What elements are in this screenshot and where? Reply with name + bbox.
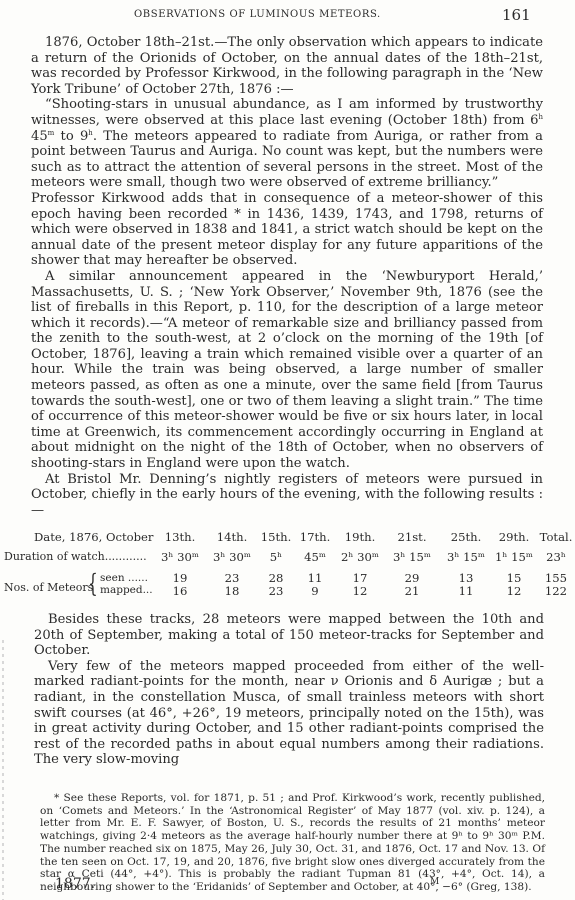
paragraph-kirkwood-adds: Professor Kirkwood adds that in conseque…	[31, 191, 543, 269]
table-header-cell: 17th.	[293, 530, 337, 544]
seen-mapped-labels: seen ......mapped...	[100, 572, 153, 596]
meteors-label: Nos. of Meteors	[4, 581, 93, 594]
paragraph-besides-tracks: Besides these tracks, 28 meteors were ma…	[34, 612, 544, 659]
duration-label: Duration of watch............	[4, 550, 147, 563]
page-edge-shadow	[2, 640, 4, 900]
table-cell: 1ʰ 15ᵐ	[492, 550, 536, 564]
table-cell: 23ʰ	[534, 550, 575, 564]
table-cell: 3ʰ 30ᵐ	[210, 550, 254, 564]
year-signature: 1877.	[55, 876, 95, 892]
table-cell: 5ʰ	[254, 550, 298, 564]
footnote-text: * See these Reports, vol. for 1871, p. 5…	[40, 792, 545, 894]
body-text: 1876, October 18th–21st.—The only observ…	[31, 35, 543, 518]
signature-mark: M	[430, 877, 439, 887]
table-cell: 1712	[340, 572, 380, 597]
running-head-title: OBSERVATIONS OF LUMINOUS METEORS.	[134, 9, 381, 20]
table-header-cell: 19th.	[338, 530, 382, 544]
paragraph-radiants: Very few of the meteors mapped proceeded…	[34, 659, 544, 768]
header-label: Date, 1876, October	[34, 530, 153, 544]
brace: {	[88, 570, 98, 598]
table-row-meteors: Nos. of Meteors { seen ......mapped... 1…	[4, 572, 570, 602]
table-cell: 3ʰ 15ᵐ	[444, 550, 488, 564]
table-cell: 45ᵐ	[293, 550, 337, 564]
body-text-continued: Besides these tracks, 28 meteors were ma…	[34, 612, 544, 768]
paragraph-orionids-intro: 1876, October 18th–21st.—The only observ…	[31, 35, 543, 97]
book-page: OBSERVATIONS OF LUMINOUS METEORS. 161 18…	[0, 0, 575, 900]
table-cell: 2ʰ 30ᵐ	[338, 550, 382, 564]
table-header-cell: 29th.	[492, 530, 536, 544]
table-cell: 2823	[256, 572, 296, 597]
table-cell: 119	[295, 572, 335, 597]
footnote: * See these Reports, vol. for 1871, p. 5…	[40, 792, 545, 894]
table-header-cell: 15th.	[254, 530, 298, 544]
table-cell: 2921	[392, 572, 432, 597]
table-cell: 1512	[494, 572, 534, 597]
paragraph-kirkwood-quote: “Shooting-stars in unusual abundance, as…	[31, 97, 543, 191]
table-header-cell: 13th.	[158, 530, 202, 544]
meteor-results-table: Date, 1876, October 13th. 14th. 15th. 17…	[4, 530, 570, 602]
table-cell: 3ʰ 15ᵐ	[390, 550, 434, 564]
table-header-cell: 25th.	[444, 530, 488, 544]
table-cell: 155122	[536, 572, 575, 597]
table-cell: 3ʰ 30ᵐ	[158, 550, 202, 564]
table-cell: 2318	[212, 572, 252, 597]
running-head: OBSERVATIONS OF LUMINOUS METEORS. 161	[0, 6, 575, 26]
paragraph-bristol-denning: At Bristol Mr. Denning’s nightly registe…	[31, 472, 543, 519]
table-cell: 1311	[446, 572, 486, 597]
paragraph-newburyport: A similar announcement appeared in the ‘…	[31, 269, 543, 472]
table-header-row: Date, 1876, October 13th. 14th. 15th. 17…	[4, 530, 570, 550]
table-header-cell: 21st.	[390, 530, 434, 544]
table-header-cell: Total.	[534, 530, 575, 544]
table-header-cell: 14th.	[210, 530, 254, 544]
page-number: 161	[502, 6, 531, 24]
table-cell: 1916	[160, 572, 200, 597]
